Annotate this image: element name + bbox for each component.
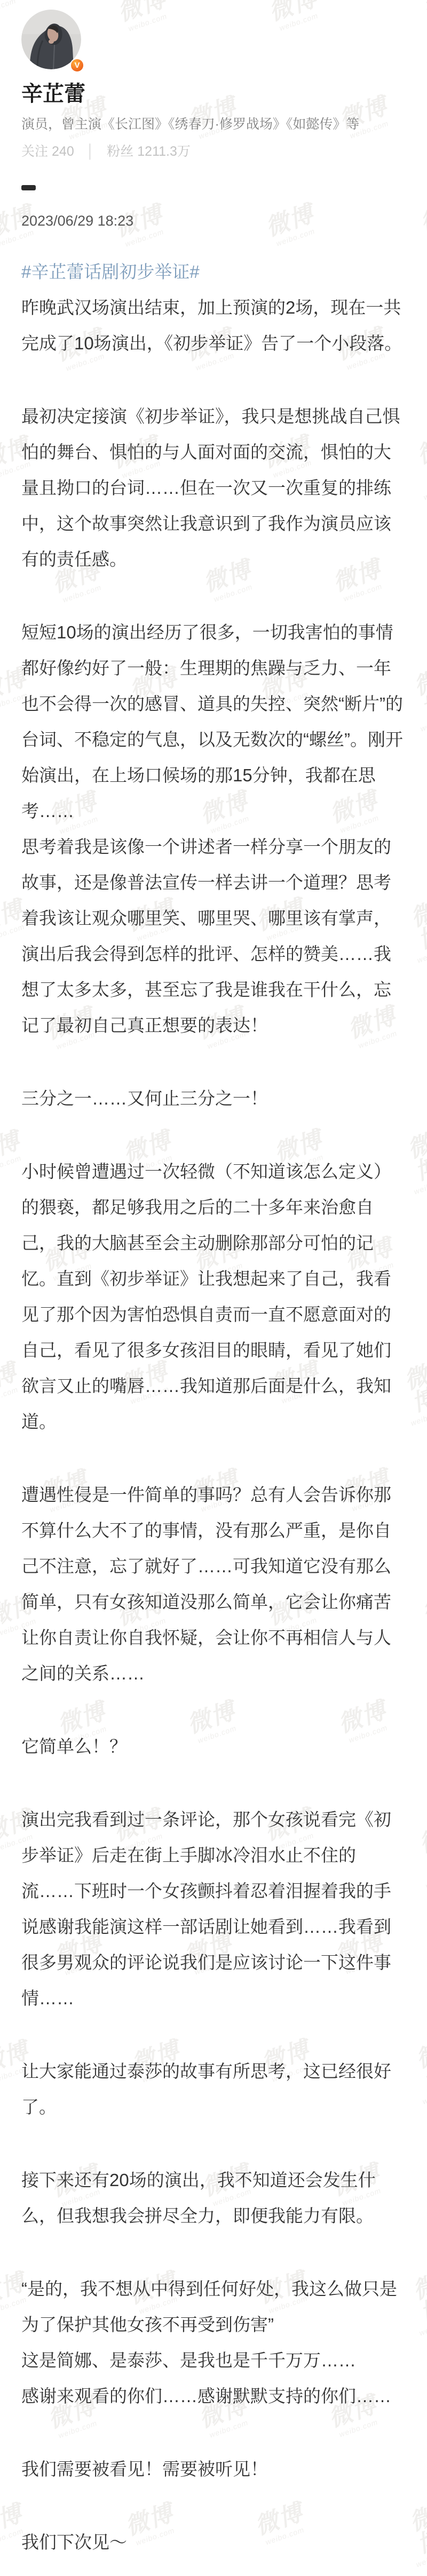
profile-bio: 演员，曾主演《长江图》《绣春刀·修罗战场》《如懿传》等	[21, 115, 406, 133]
following-stat[interactable]: 关注240	[21, 144, 74, 159]
post: 2023/06/29 18:23 #辛芷蕾话剧初步举证# 昨晚武汉场演出结束，加…	[21, 213, 406, 2560]
post-paragraph: 遭遇性侵是一件简单的事吗？总有人会告诉你那不算什么大不了的事情，没有那么严重，是…	[21, 1477, 406, 1691]
post-paragraph: 它简单么！？	[21, 1729, 406, 1764]
post-date: 2023/06/29 18:23	[21, 213, 406, 229]
following-count: 240	[52, 144, 74, 159]
divider-dash	[21, 185, 36, 190]
stats-divider: │	[86, 144, 95, 159]
post-paragraph: 接下来还有20场的演出，我不知道还会发生什么，但我想我会拼尽全力，即便我能力有限…	[21, 2162, 406, 2234]
followers-count: 1211.3万	[137, 144, 191, 159]
followers-stat[interactable]: 粉丝1211.3万	[107, 144, 191, 159]
post-paragraph: 演出完我看到过一条评论，那个女孩说看完《初步举证》后走在街上手脚冰冷泪水止不住的…	[21, 1802, 406, 2016]
profile-name: 辛芷蕾	[21, 81, 406, 107]
post-paragraph: 让大家能通过泰莎的故事有所思考，这已经很好了。	[21, 2053, 406, 2125]
post-body: 昨晚武汉场演出结束，加上预演的2场，现在一共完成了10场演出，《初步举证》告了一…	[21, 290, 406, 2560]
verified-badge-icon: V	[70, 58, 84, 73]
following-label: 关注	[21, 144, 48, 159]
followers-label: 粉丝	[107, 144, 133, 159]
post-paragraph: 昨晚武汉场演出结束，加上预演的2场，现在一共完成了10场演出，《初步举证》告了一…	[21, 290, 406, 361]
profile-stats: 关注240 │ 粉丝1211.3万	[21, 144, 406, 159]
post-paragraph: 小时候曾遭遇过一次轻微（不知道该怎么定义）的猥亵，都足够我用之后的二十多年来治愈…	[21, 1154, 406, 1439]
post-paragraph: 三分之一……又何止三分之一！	[21, 1081, 406, 1116]
post-paragraph: 最初决定接演《初步举证》，我只是想挑战自己惧怕的舞台、惧怕的与人面对面的交流，惧…	[21, 398, 406, 577]
post-content: #辛芷蕾话剧初步举证# 昨晚武汉场演出结束，加上预演的2场，现在一共完成了10场…	[21, 254, 406, 2560]
hashtag-line: #辛芷蕾话剧初步举证#	[21, 254, 406, 290]
weibo-profile-post-page: V 辛芷蕾 演员，曾主演《长江图》《绣春刀·修罗战场》《如懿传》等 关注240 …	[0, 10, 427, 2560]
post-paragraph: 我们下次见～	[21, 2524, 406, 2560]
post-paragraph: 短短10场的演出经历了很多，一切我害怕的事情都好像约好了一般：生理期的焦躁与乏力…	[21, 614, 406, 1043]
avatar[interactable]: V	[21, 10, 81, 69]
post-paragraph: “是的，我不想从中得到任何好处，我这么做只是为了保护其他女孩不再受到伤害” 这是…	[21, 2271, 406, 2414]
post-paragraph: 我们需要被看见！需要被听见！	[21, 2451, 406, 2487]
hashtag-link[interactable]: #辛芷蕾话剧初步举证#	[21, 262, 200, 282]
